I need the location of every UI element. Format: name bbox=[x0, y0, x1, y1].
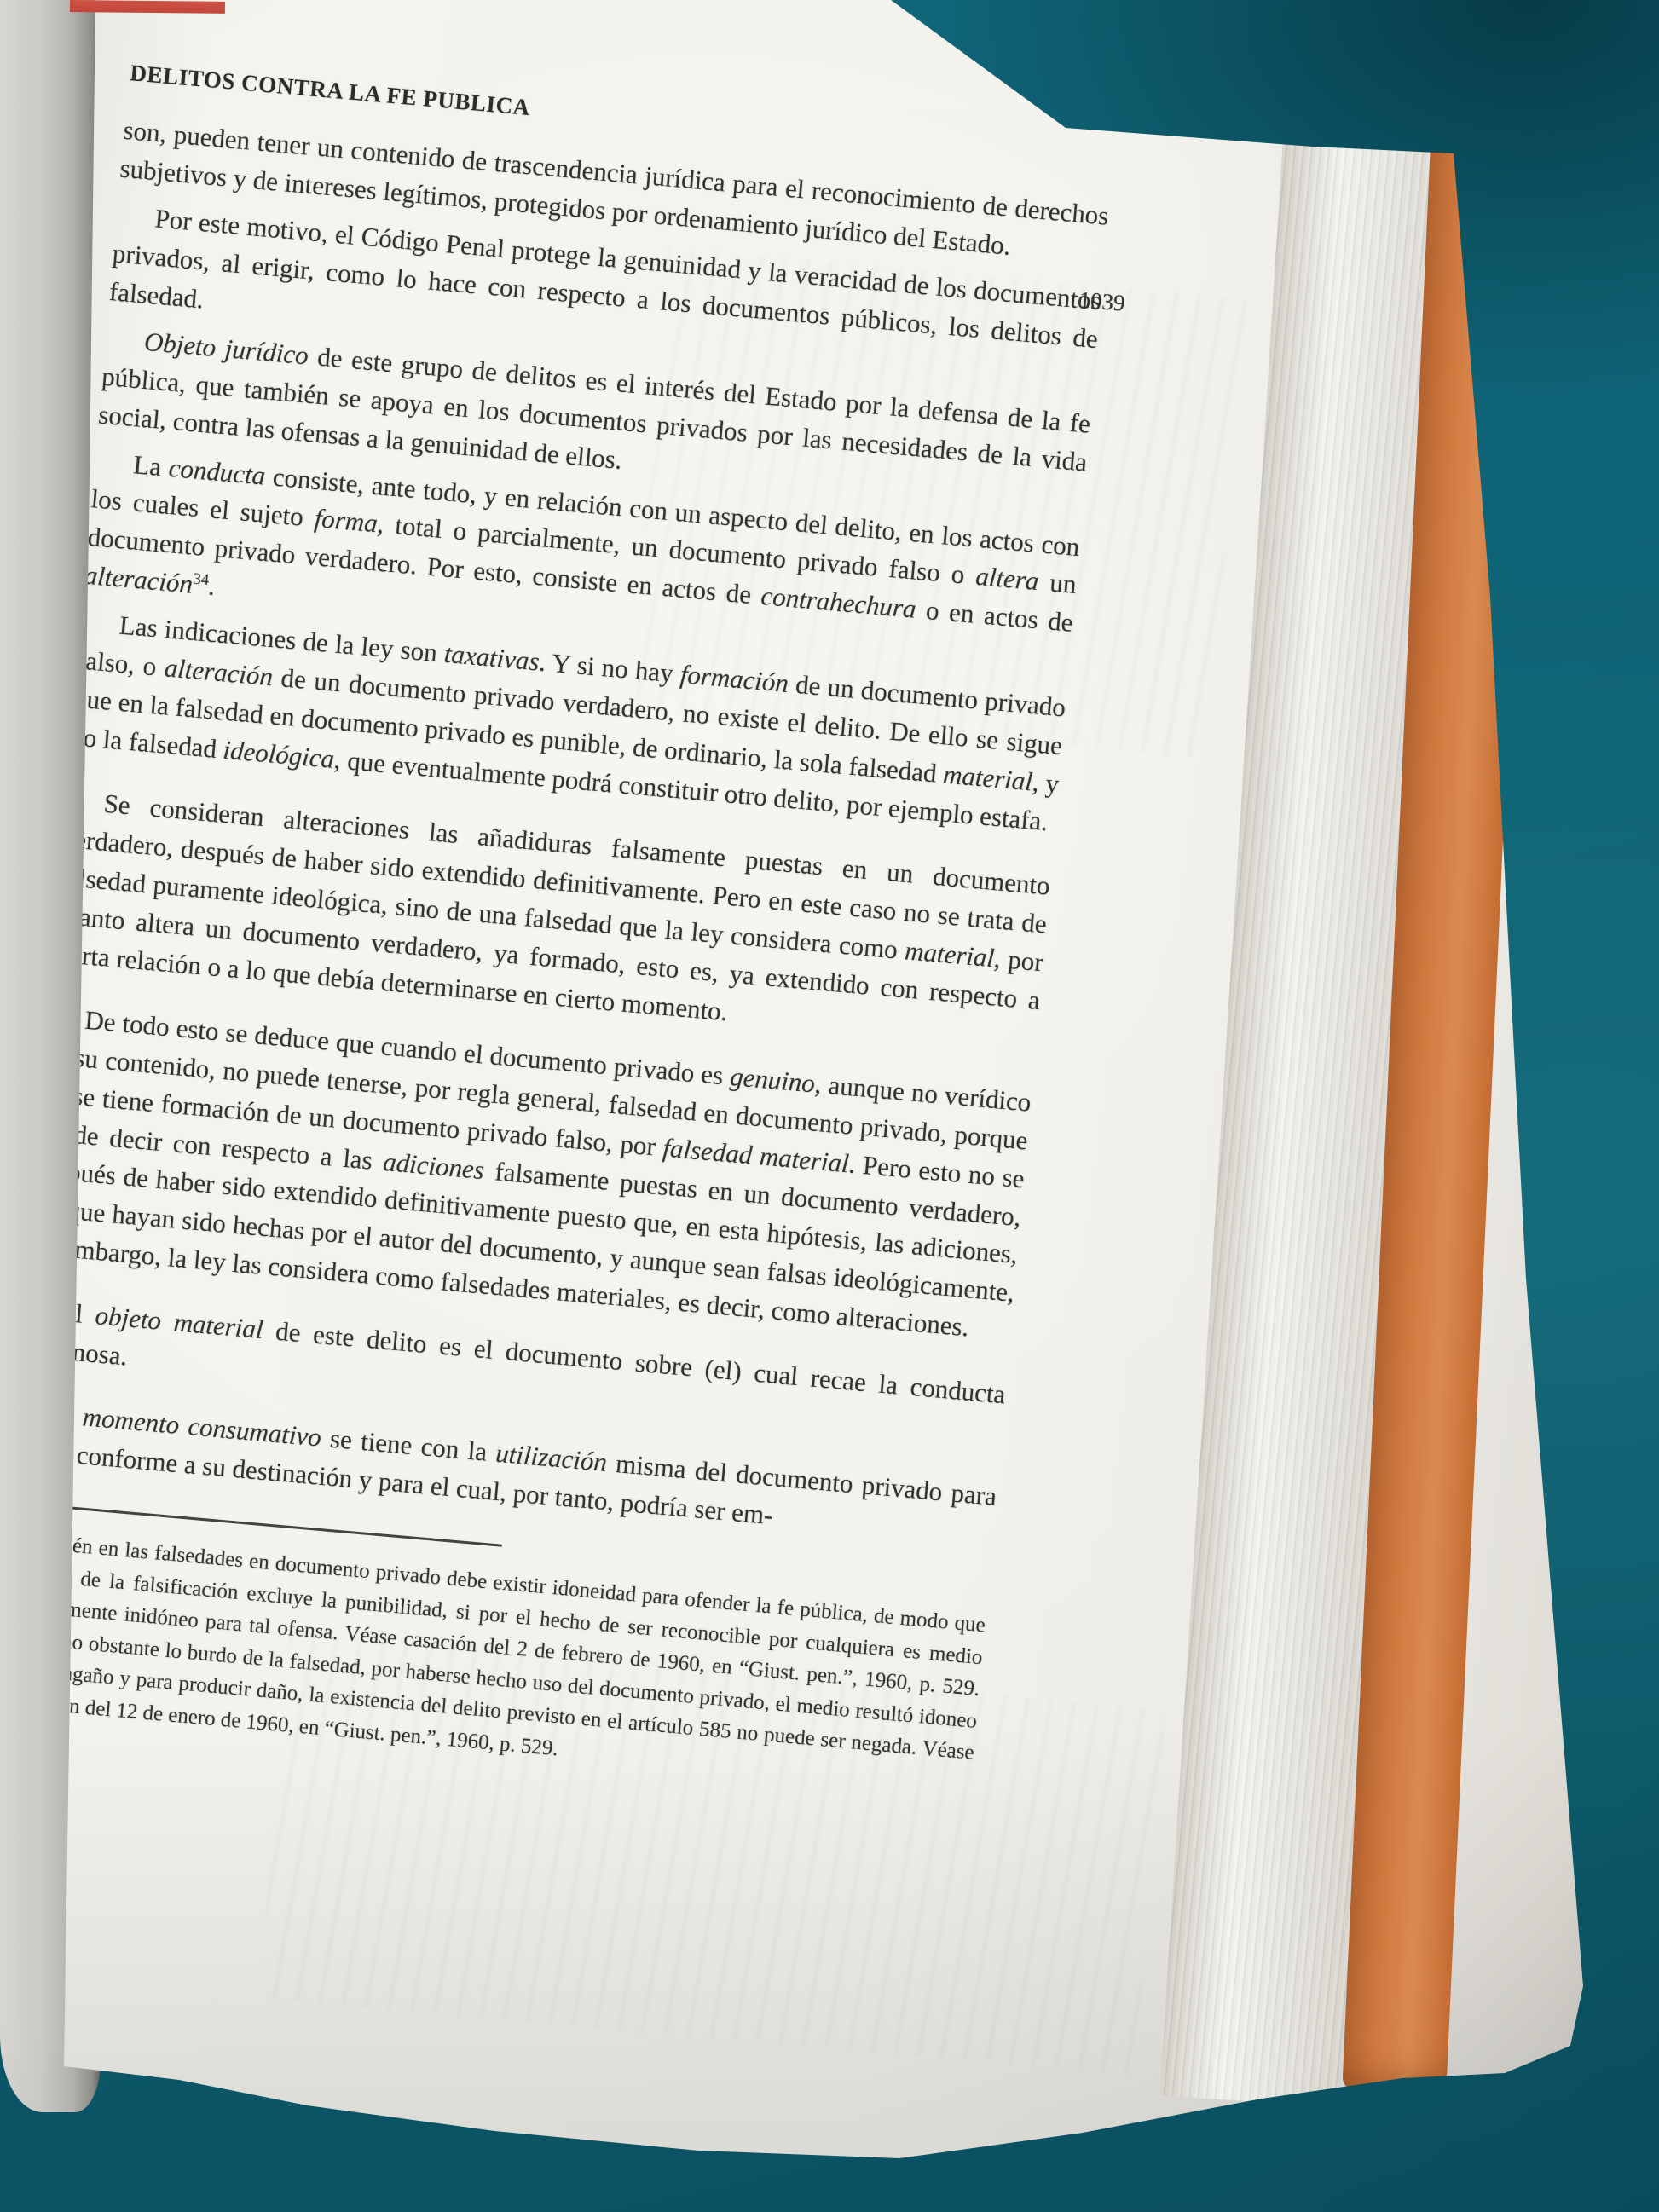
paragraph: De todo esto se deduce que cuando el doc… bbox=[24, 997, 1032, 1350]
page-text: DELITOS CONTRA LA FE PUBLICA 1039 son, p… bbox=[0, 60, 1115, 1801]
page-number: 1039 bbox=[1078, 286, 1125, 317]
red-spine-sliver bbox=[70, 0, 225, 14]
body-text: son, pueden tener un contenido de trasce… bbox=[6, 112, 1110, 1555]
book: DELITOS CONTRA LA FE PUBLICA 1039 son, p… bbox=[51, 0, 1611, 2212]
book-photo: DELITOS CONTRA LA FE PUBLICA 1039 son, p… bbox=[0, 0, 1659, 2212]
